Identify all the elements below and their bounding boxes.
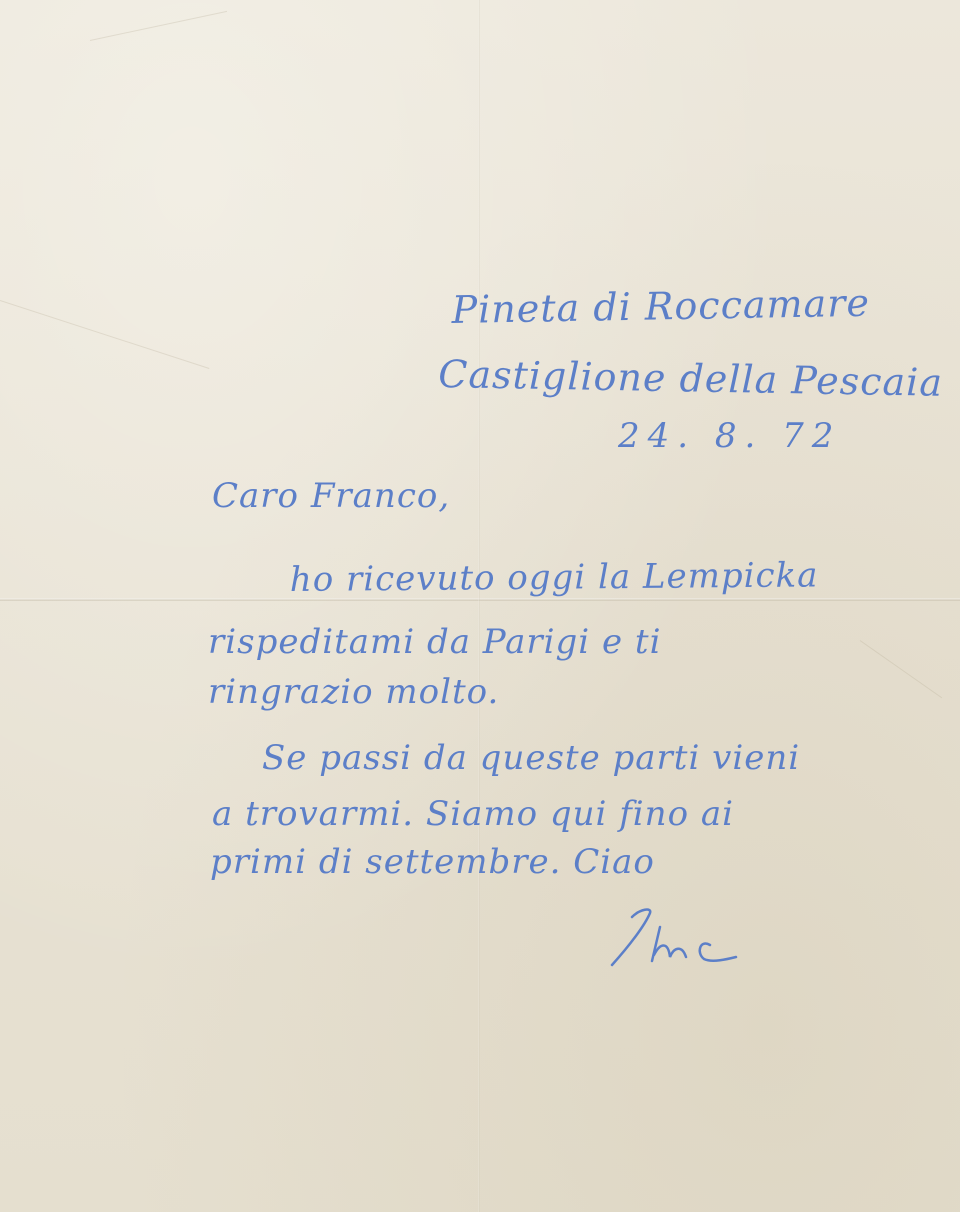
body-line: ringrazio molto.	[208, 672, 499, 712]
paper-crease	[0, 300, 209, 369]
paper-crease	[860, 640, 942, 698]
body-line: ho ricevuto oggi la Lempicka	[290, 555, 819, 600]
signature-text: Italo	[590, 895, 619, 899]
letter-page: Pineta di Roccamare Castiglione della Pe…	[0, 0, 960, 1212]
horizontal-fold-line	[0, 598, 960, 601]
place-line-2: Castiglione della Pescaia	[438, 352, 943, 405]
body-line: primi di settembre. Ciao	[210, 842, 655, 882]
body-line: rispeditami da Parigi e ti	[208, 622, 661, 662]
place-line-1: Pineta di Roccamare	[451, 281, 870, 332]
body-line: Se passi da queste parti vieni	[262, 738, 800, 778]
paper-crease	[90, 11, 227, 41]
salutation: Caro Franco,	[212, 476, 450, 516]
vertical-fold-line	[478, 0, 480, 1212]
signature-mark: Italo	[590, 895, 750, 975]
letter-date: 24. 8. 72	[618, 416, 841, 456]
body-line: a trovarmi. Siamo qui fino ai	[212, 794, 734, 834]
